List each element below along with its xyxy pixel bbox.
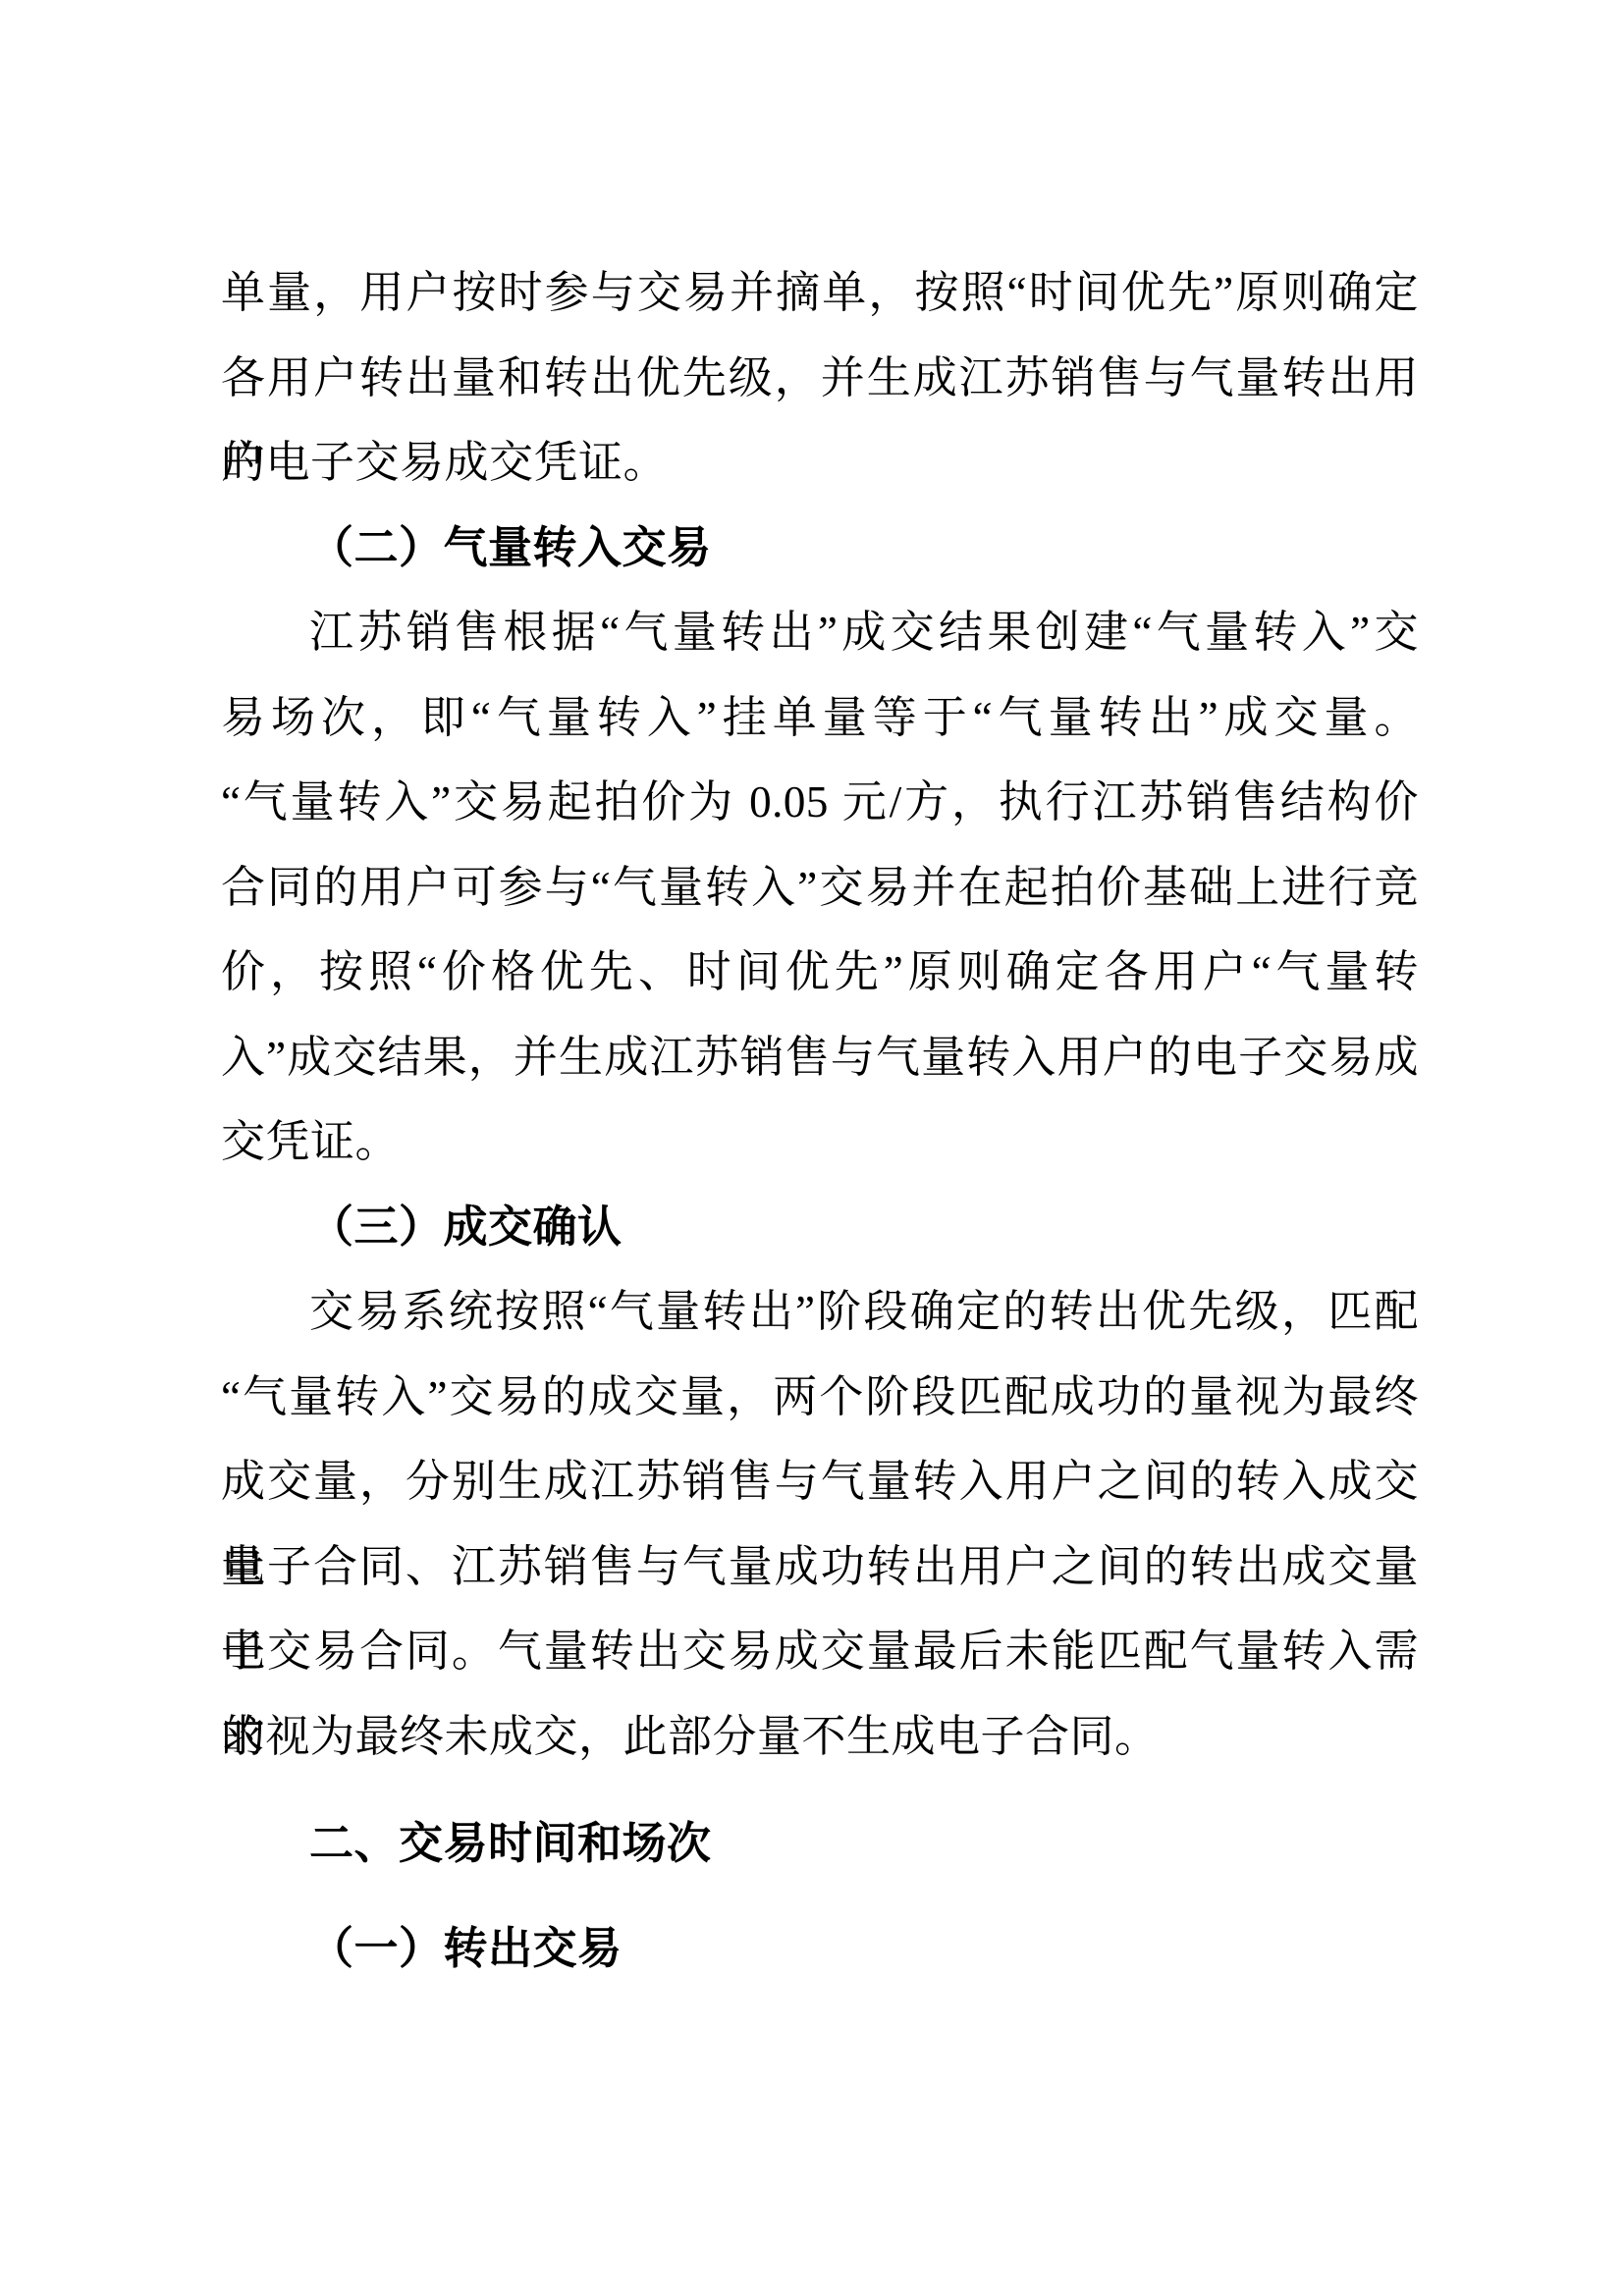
body-line: 子交易合同。气量转出交易成交量最后未能匹配气量转入需求 (221, 1609, 1419, 1694)
body-line: 的视为最终未成交，此部分量不生成电子合同。 (221, 1694, 1419, 1780)
body-line: 江苏销售根据“气量转出”成交结果创建“气量转入”交 (221, 590, 1419, 675)
body-line: “气量转入”交易起拍价为 0.05 元/方，执行江苏销售结构价 (221, 760, 1419, 845)
subsection-heading-transfer-out-trading: （一）转出交易 (221, 1906, 1419, 1992)
body-line: 交凭证。 (221, 1099, 1419, 1185)
body-line: 成交量，分别生成江苏销售与气量转入用户之间的转入成交量 (221, 1439, 1419, 1524)
document-page: 单量，用户按时参与交易并摘单，按照“时间优先”原则确定 各用户转出量和转出优先级… (0, 0, 1624, 2296)
body-line: 入”成交结果，并生成江苏销售与气量转入用户的电子交易成 (221, 1015, 1419, 1100)
subsection-heading-gas-transfer-in: （二）气量转入交易 (221, 506, 1419, 591)
body-line: 合同的用户可参与“气量转入”交易并在起拍价基础上进行竞 (221, 845, 1419, 931)
section-heading-trading-time-and-sessions: 二、交易时间和场次 (221, 1801, 1419, 1887)
subsection-heading-deal-confirmation: （三）成交确认 (221, 1185, 1419, 1270)
body-line: 单量，用户按时参与交易并摘单，按照“时间优先”原则确定 (221, 250, 1419, 336)
body-line: “气量转入”交易的成交量，两个阶段匹配成功的量视为最终 (221, 1355, 1419, 1440)
body-line: 的电子交易成交凭证。 (221, 420, 1419, 506)
text-column: 单量，用户按时参与交易并摘单，按照“时间优先”原则确定 各用户转出量和转出优先级… (221, 250, 1419, 1991)
body-line: 各用户转出量和转出优先级，并生成江苏销售与气量转出用户 (221, 336, 1419, 421)
body-line: 电子合同、江苏销售与气量成功转出用户之间的转出成交量电 (221, 1524, 1419, 1610)
body-line: 价，按照“价格优先、时间优先”原则确定各用户“气量转 (221, 930, 1419, 1015)
body-line: 易场次，即“气量转入”挂单量等于“气量转出”成交量。 (221, 675, 1419, 761)
body-line: 交易系统按照“气量转出”阶段确定的转出优先级，匹配 (221, 1269, 1419, 1355)
